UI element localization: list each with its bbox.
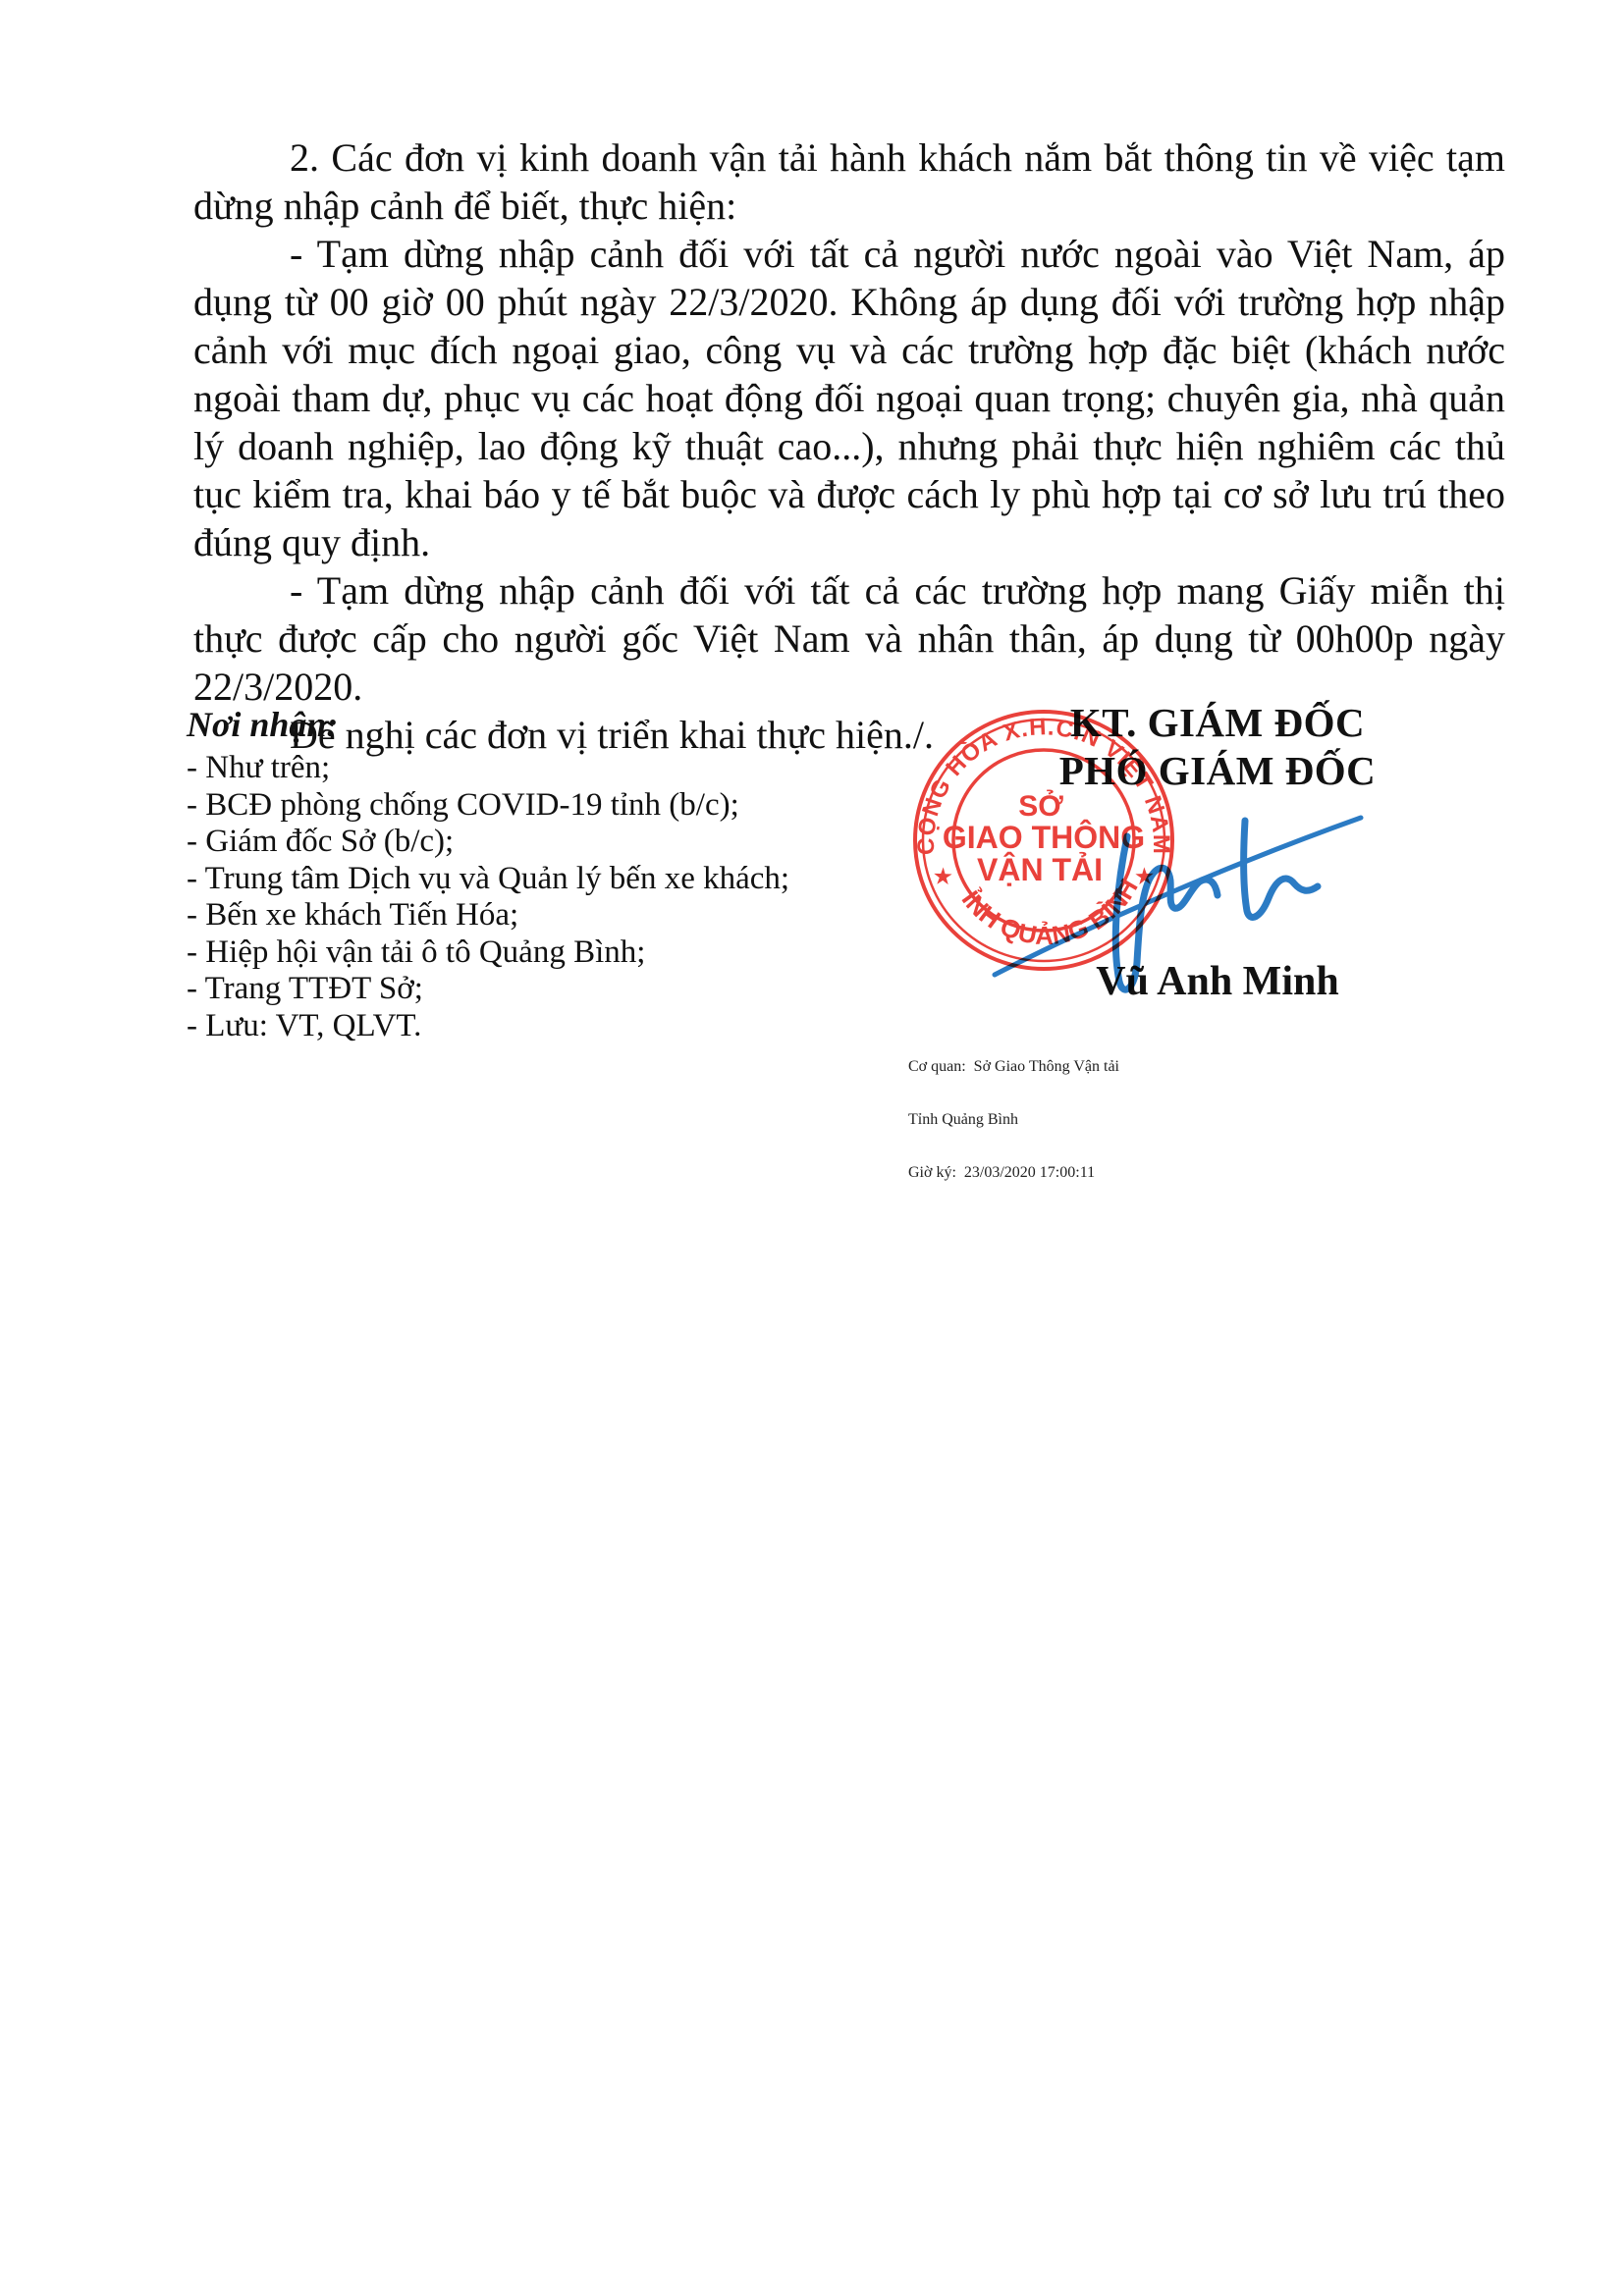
- recipient-item: - Bến xe khách Tiến Hóa;: [187, 897, 815, 934]
- recipients-heading: Nơi nhận:: [187, 703, 815, 746]
- signature-long-stroke: [995, 818, 1361, 975]
- paragraph-entry-ban-foreigners: - Tạm dừng nhập cảnh đối với tất cả ngườ…: [193, 230, 1505, 566]
- document-page: 2. Các đơn vị kinh doanh vận tải hành kh…: [0, 0, 1624, 2296]
- digital-signature-time: Giờ ký: 23/03/2020 17:00:11: [908, 1164, 1321, 1182]
- digital-signature-info: Cơ quan: Sở Giao Thông Vận tải Tỉnh Quản…: [908, 1023, 1321, 1217]
- signature-scribble-left: [1115, 836, 1218, 989]
- recipient-item: - Lưu: VT, QLVT.: [187, 1008, 815, 1045]
- digital-signature-agency: Cơ quan: Sở Giao Thông Vận tải: [908, 1058, 1321, 1076]
- recipient-item: - Giám đốc Sở (b/c);: [187, 824, 815, 861]
- recipient-item: - Như trên;: [187, 750, 815, 787]
- handwritten-signature: [864, 795, 1414, 1011]
- body-text: 2. Các đơn vị kinh doanh vận tải hành kh…: [193, 133, 1505, 759]
- recipient-item: - Trung tâm Dịch vụ và Quản lý bến xe kh…: [187, 861, 815, 898]
- recipients-section: Nơi nhận: - Như trên; - BCĐ phòng chống …: [187, 703, 815, 1044]
- recipient-item: - BCĐ phòng chống COVID-19 tỉnh (b/c);: [187, 787, 815, 825]
- paragraph-intro: 2. Các đơn vị kinh doanh vận tải hành kh…: [193, 133, 1505, 230]
- recipient-item: - Hiệp hội vận tải ô tô Quảng Bình;: [187, 934, 815, 972]
- recipient-item: - Trang TTĐT Sở;: [187, 971, 815, 1008]
- paragraph-entry-ban-visa-exemption: - Tạm dừng nhập cảnh đối với tất cả các …: [193, 566, 1505, 711]
- digital-signature-province: Tỉnh Quảng Bình: [908, 1111, 1321, 1129]
